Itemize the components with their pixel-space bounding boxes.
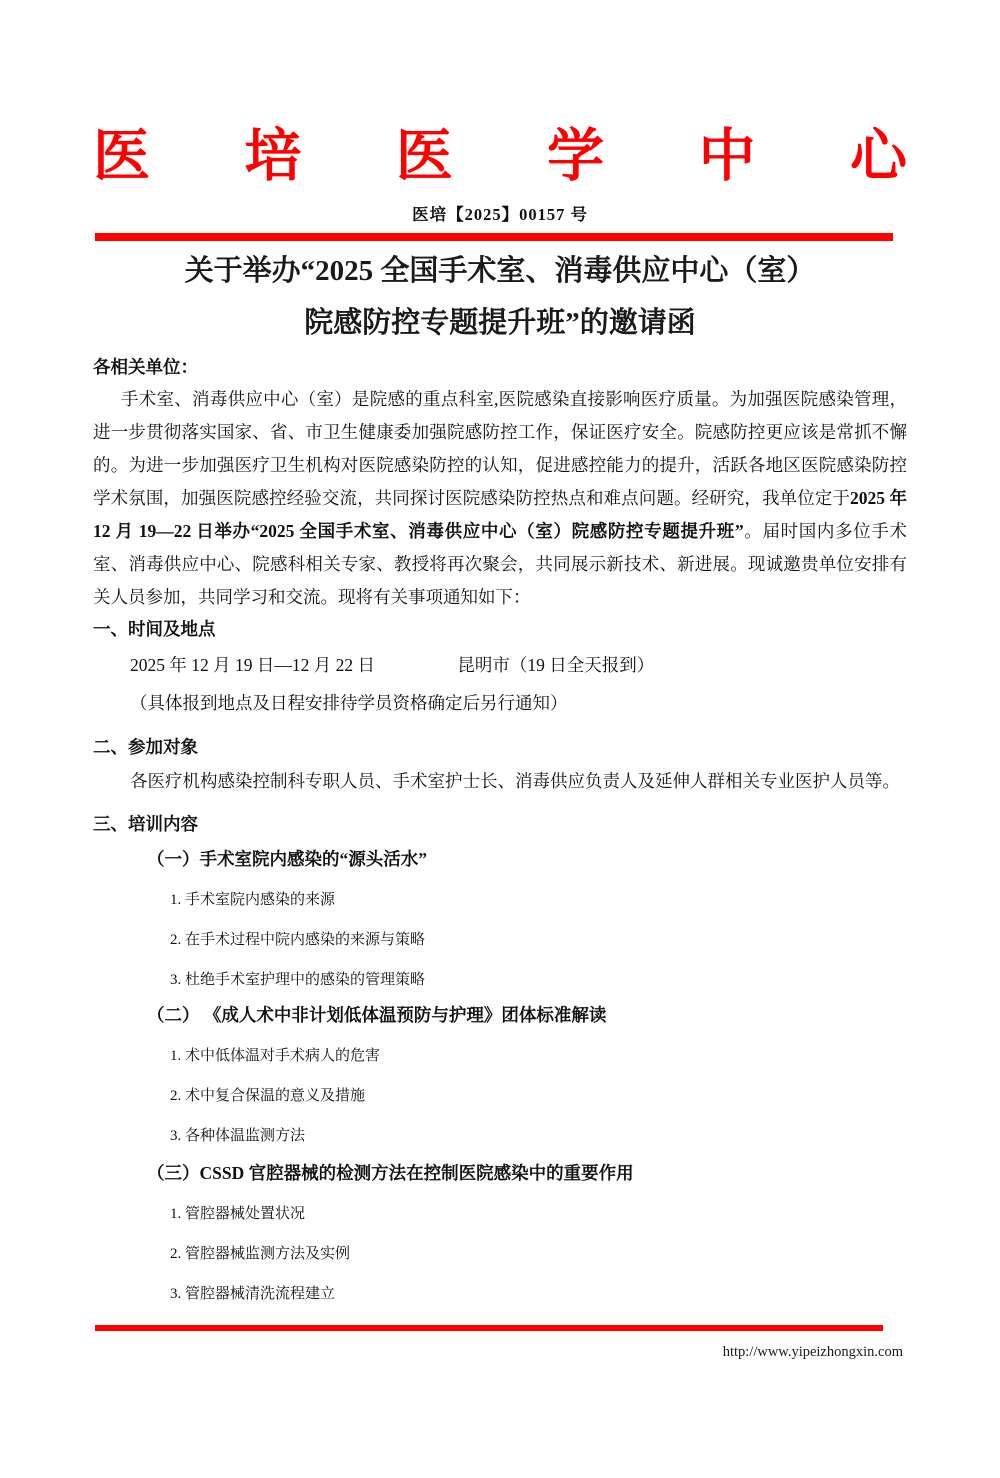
topic-3-item-3: 3. 管腔器械清洗流程建立 xyxy=(93,1282,907,1306)
topic-2-title: （二） 《成人术中非计划低体温预防与护理》团体标准解读 xyxy=(93,1002,907,1028)
salutation: 各相关单位： xyxy=(93,354,907,380)
schedule-note: （具体报到地点及日程安排待学员资格确定后另行通知） xyxy=(93,690,907,716)
title-line-2: 院感防控专题提升班”的邀请函 xyxy=(93,297,907,349)
topic-2-item-1: 1. 术中低体温对手术病人的危害 xyxy=(93,1044,907,1068)
topic-3-title: （三）CSSD 官腔器械的检测方法在控制医院感染中的重要作用 xyxy=(93,1160,907,1186)
intro-paragraph: 手术室、消毒供应中心（室）是院感的重点科室,医院感染直接影响医疗质量。为加强医院… xyxy=(93,383,907,614)
footer-rule xyxy=(95,1325,883,1331)
footer-url: http://www.yipeizhongxin.com xyxy=(723,1341,903,1363)
schedule-row: 2025 年 12 月 19 日—12 月 22 日 昆明市（19 日全天报到） xyxy=(93,652,907,678)
document-title: 关于举办“2025 全国手术室、消毒供应中心（室） 院感防控专题提升班”的邀请函 xyxy=(93,245,907,349)
topic-1-title: （一）手术室院内感染的“源头活水” xyxy=(93,846,907,872)
event-dates: 2025 年 12 月 19 日—12 月 22 日 xyxy=(130,655,375,675)
topic-2-item-3: 3. 各种体温监测方法 xyxy=(93,1124,907,1148)
section-time-heading: 一、时间及地点 xyxy=(93,616,907,642)
topic-3-item-2: 2. 管腔器械监测方法及实例 xyxy=(93,1242,907,1266)
topic-1-item-3: 3. 杜绝手术室护理中的感染的管理策略 xyxy=(93,968,907,992)
section-training-heading: 三、培训内容 xyxy=(93,811,907,837)
topic-2-item-2: 2. 术中复合保温的意义及措施 xyxy=(93,1084,907,1108)
audience-body: 各医疗机构感染控制科专职人员、手术室护士长、消毒供应负责人及延伸人群相关专业医护… xyxy=(93,768,907,794)
title-line-1: 关于举办“2025 全国手术室、消毒供应中心（室） xyxy=(93,245,907,297)
header-rule xyxy=(95,233,893,241)
doc-number: 医培【2025】00157 号 xyxy=(93,202,907,227)
topic-1-item-2: 2. 在手术过程中院内感染的来源与策略 xyxy=(93,928,907,952)
document-page: 医培医学中心 医培【2025】00157 号 关于举办“2025 全国手术室、消… xyxy=(0,0,1000,1478)
org-name-banner: 医培医学中心 xyxy=(93,120,907,194)
section-audience-heading: 二、参加对象 xyxy=(93,734,907,760)
intro-text-pre: 手术室、消毒供应中心（室）是院感的重点科室,医院感染直接影响医疗质量。为加强医院… xyxy=(93,389,907,508)
event-location: 昆明市（19 日全天报到） xyxy=(457,655,654,675)
topic-1-item-1: 1. 手术室院内感染的来源 xyxy=(93,888,907,912)
topic-3-item-1: 1. 管腔器械处置状况 xyxy=(93,1202,907,1226)
